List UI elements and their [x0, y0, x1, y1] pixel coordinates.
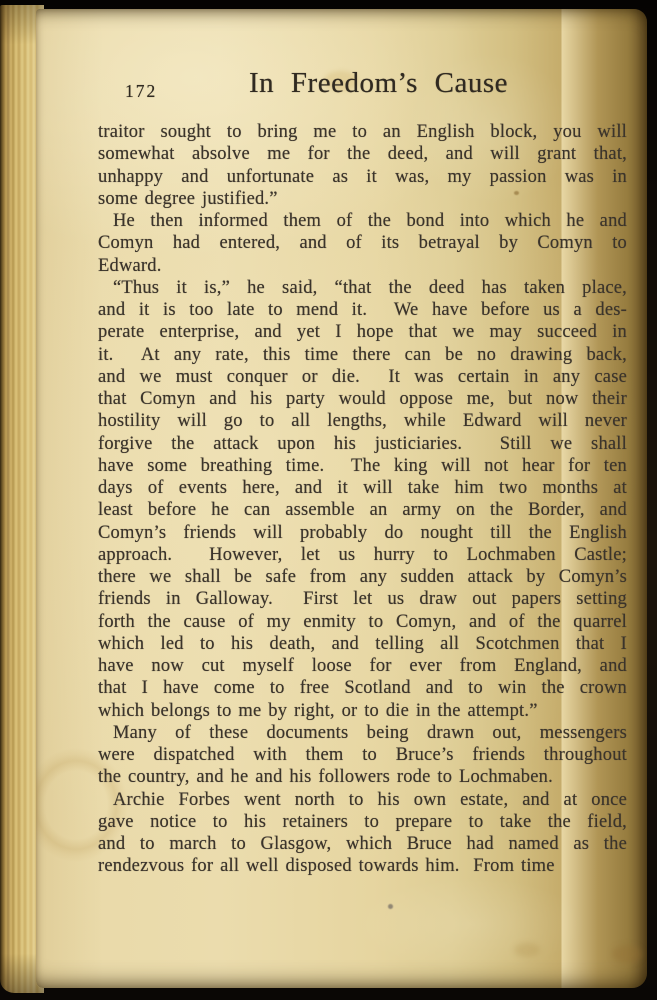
text-line: traitor sought to bring me to an English… [98, 121, 627, 143]
text-line: it. At any rate, this time there can be … [98, 344, 627, 366]
paragraph: “Thus it is,” he said, “that the deed ha… [98, 277, 627, 722]
text-line: and to march to Glasgow, which Bruce had… [98, 833, 627, 855]
text-line: Edward. [98, 255, 627, 277]
text-line: that I have come to free Scotland and to… [98, 677, 627, 699]
ink-speck [388, 904, 393, 909]
text-line: some degree justified.” [98, 188, 627, 210]
text-line: gave notice to his retainers to prepare … [98, 811, 627, 833]
stain-smudge [612, 945, 642, 963]
paragraph: Archie Forbes went north to his own esta… [98, 789, 627, 878]
text-line: Comyn had entered, and of its betrayal b… [98, 232, 627, 254]
text-line: the country, and he and his followers ro… [98, 766, 627, 788]
text-line: have some breathing time. The king will … [98, 455, 627, 477]
paragraph: traitor sought to bring me to an English… [98, 121, 627, 210]
page-header: 172 In Freedom’s Cause [98, 60, 627, 108]
text-line: hostility will go to all lengths, while … [98, 410, 627, 432]
text-line: days of events here, and it will take hi… [98, 477, 627, 499]
text-line: least before he can assemble an army on … [98, 499, 627, 521]
text-block: traitor sought to bring me to an English… [98, 121, 627, 878]
text-line: approach. However, let us hurry to Lochm… [98, 544, 627, 566]
text-line: “Thus it is,” he said, “that the deed ha… [98, 277, 627, 299]
text-line: rendezvous for all well disposed towards… [98, 855, 627, 877]
book-scan: 172 In Freedom’s Cause traitor sought to… [0, 0, 657, 1000]
text-line: Comyn’s friends will probably do nought … [98, 522, 627, 544]
text-line: and we must conquer or die. It was certa… [98, 366, 627, 388]
text-line: unhappy and unfortunate as it was, my pa… [98, 166, 627, 188]
text-line: somewhat absolve me for the deed, and wi… [98, 143, 627, 165]
paragraph: Many of these documents being drawn out,… [98, 722, 627, 789]
paragraph: He then informed them of the bond into w… [98, 210, 627, 277]
text-line: He then informed them of the bond into w… [98, 210, 627, 232]
text-line: which belongs to me by right, or to die … [98, 700, 627, 722]
text-line: perate enterprise, and yet I hope that w… [98, 321, 627, 343]
text-line: friends in Galloway. First let us draw o… [98, 588, 627, 610]
text-line: Archie Forbes went north to his own esta… [98, 789, 627, 811]
text-line: that Comyn and his party would oppose me… [98, 388, 627, 410]
text-line: there we shall be safe from any sudden a… [98, 566, 627, 588]
scanner-glare-bottom [336, 869, 606, 979]
text-line: which led to his death, and telling all … [98, 633, 627, 655]
running-title: In Freedom’s Cause [114, 60, 643, 106]
text-line: forth the cause of my enmity to Comyn, a… [98, 611, 627, 633]
text-line: forgive the attack upon his justiciaries… [98, 433, 627, 455]
book-page: 172 In Freedom’s Cause traitor sought to… [36, 9, 647, 988]
text-line: were dispatched with them to Bruce’s fri… [98, 744, 627, 766]
text-line: and it is too late to mend it. We have b… [98, 299, 627, 321]
text-line: Many of these documents being drawn out,… [98, 722, 627, 744]
stain-smudge [514, 943, 540, 957]
text-line: have now cut myself loose for ever from … [98, 655, 627, 677]
